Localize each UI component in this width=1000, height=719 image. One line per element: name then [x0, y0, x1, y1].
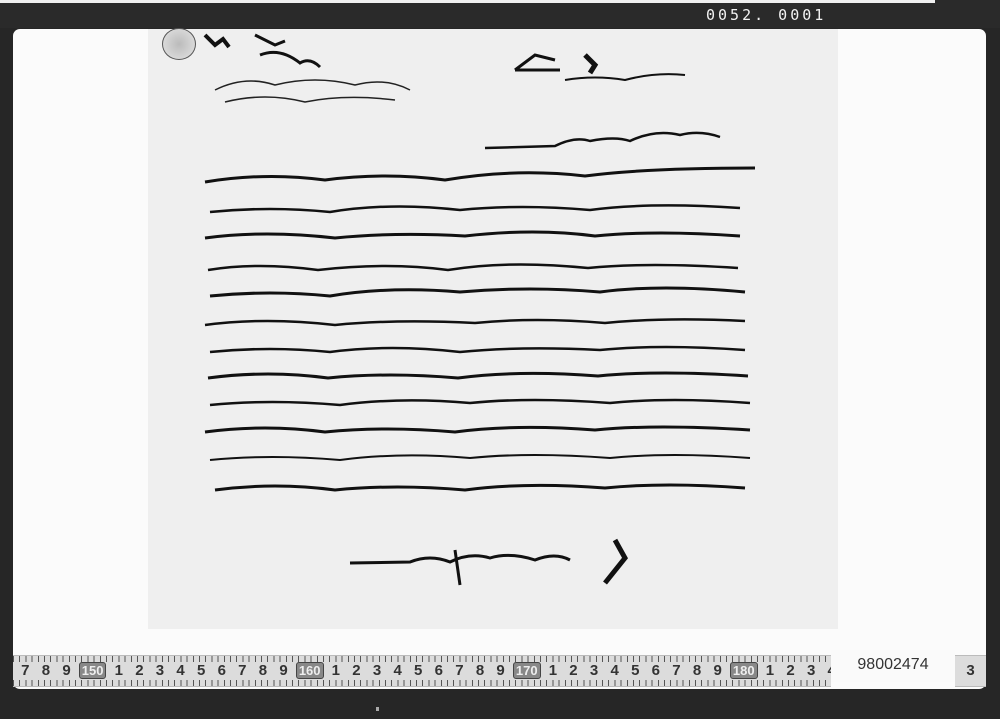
header-calligraphy: [200, 30, 420, 115]
film-dust-speck: [376, 707, 379, 711]
measurement-ruler: 7 8 9 150 1 2 3 4 5 6 7 8 9 160 1 2 3 4 …: [13, 655, 831, 687]
seal-stamp-icon: [162, 28, 196, 60]
date-calligraphy: [510, 45, 710, 105]
closing-calligraphy: [345, 535, 645, 590]
body-calligraphy: [200, 120, 760, 510]
frame-number: 0052. 0001: [706, 6, 826, 24]
ruler-end-segment: 3: [955, 655, 986, 687]
ruler-numbers: 7 8 9 150 1 2 3 4 5 6 7 8 9 160 1 2 3 4 …: [15, 662, 883, 679]
catalog-label: 98002474: [831, 650, 955, 682]
ruler-ticks-bottom: [13, 680, 831, 686]
film-edge: [0, 0, 935, 3]
film-top-strip: 0052. 0001: [0, 0, 1000, 28]
